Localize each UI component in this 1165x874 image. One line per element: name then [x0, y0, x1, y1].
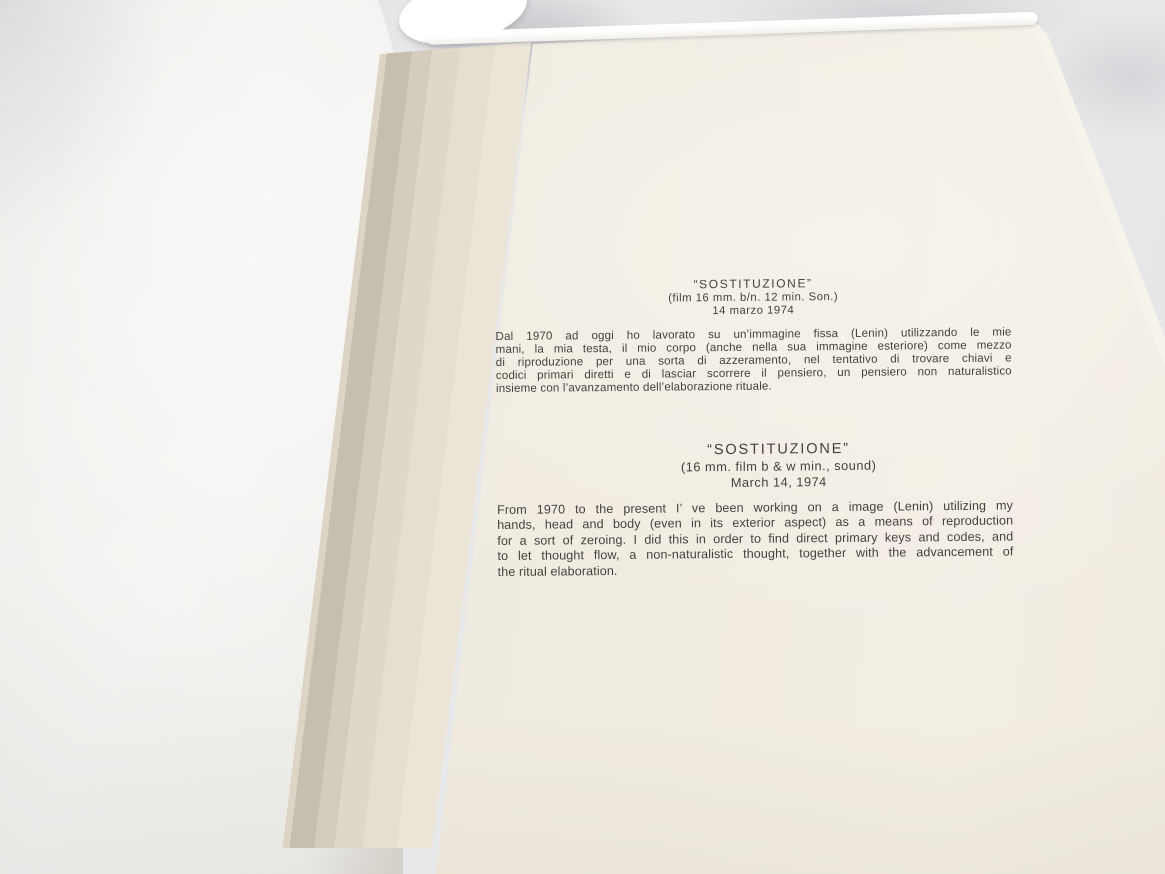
english-date: March 14, 1974 [521, 472, 1037, 493]
book-photo: “SOSTITUZIONE” (film 16 mm. b/n. 12 min.… [0, 0, 1165, 874]
english-heading: “SOSTITUZIONE” (16 mm. film b & w min., … [520, 439, 1036, 493]
english-paragraph: From 1970 to the present I’ ve been work… [497, 498, 1014, 580]
italian-paragraph: Dal 1970 ad oggi ho lavorato su un’immag… [495, 325, 1012, 395]
italian-heading: “SOSTITUZIONE” (film 16 mm. b/n. 12 min.… [495, 275, 1011, 320]
printed-text-block: “SOSTITUZIONE” (film 16 mm. b/n. 12 min.… [495, 271, 1014, 579]
